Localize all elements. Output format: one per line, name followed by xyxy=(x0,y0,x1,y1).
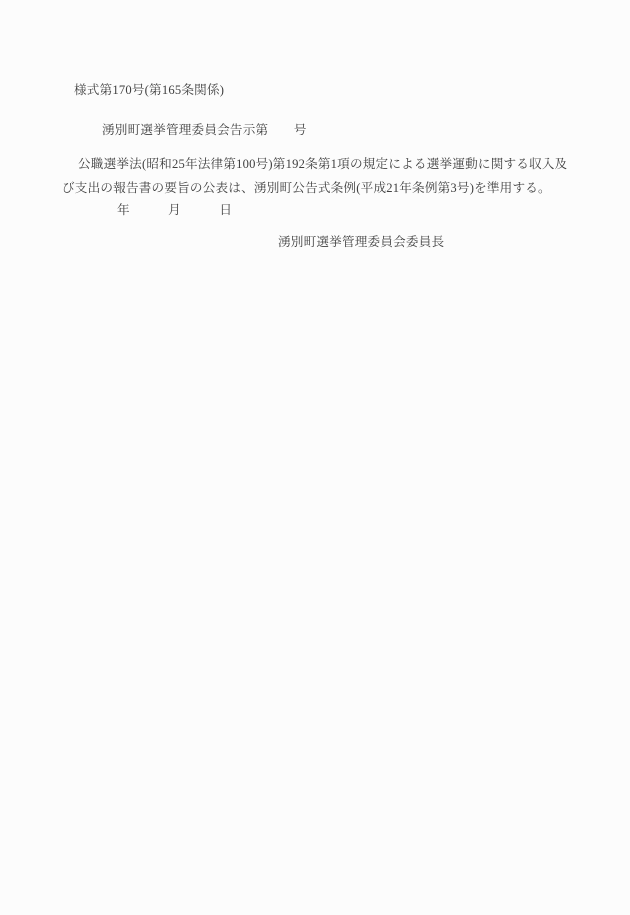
body-paragraph: 公職選挙法(昭和25年法律第100号)第192条第1項の規定による選挙運動に関す… xyxy=(62,152,602,200)
body-paragraph-line-2: び支出の報告書の要旨の公表は、湧別町公告式条例(平成21年条例第3号)を準用する… xyxy=(62,176,602,200)
signature-line: 湧別町選挙管理委員会委員長 xyxy=(278,236,444,249)
date-line: 年 月 日 xyxy=(117,204,232,217)
document-page: 様式第170号(第165条関係) 湧別町選挙管理委員会告示第 号 公職選挙法(昭… xyxy=(0,0,630,915)
body-paragraph-line-1: 公職選挙法(昭和25年法律第100号)第192条第1項の規定による選挙運動に関す… xyxy=(62,152,602,176)
form-number: 様式第170号(第165条関係) xyxy=(74,84,224,97)
notice-title: 湧別町選挙管理委員会告示第 号 xyxy=(102,124,307,137)
